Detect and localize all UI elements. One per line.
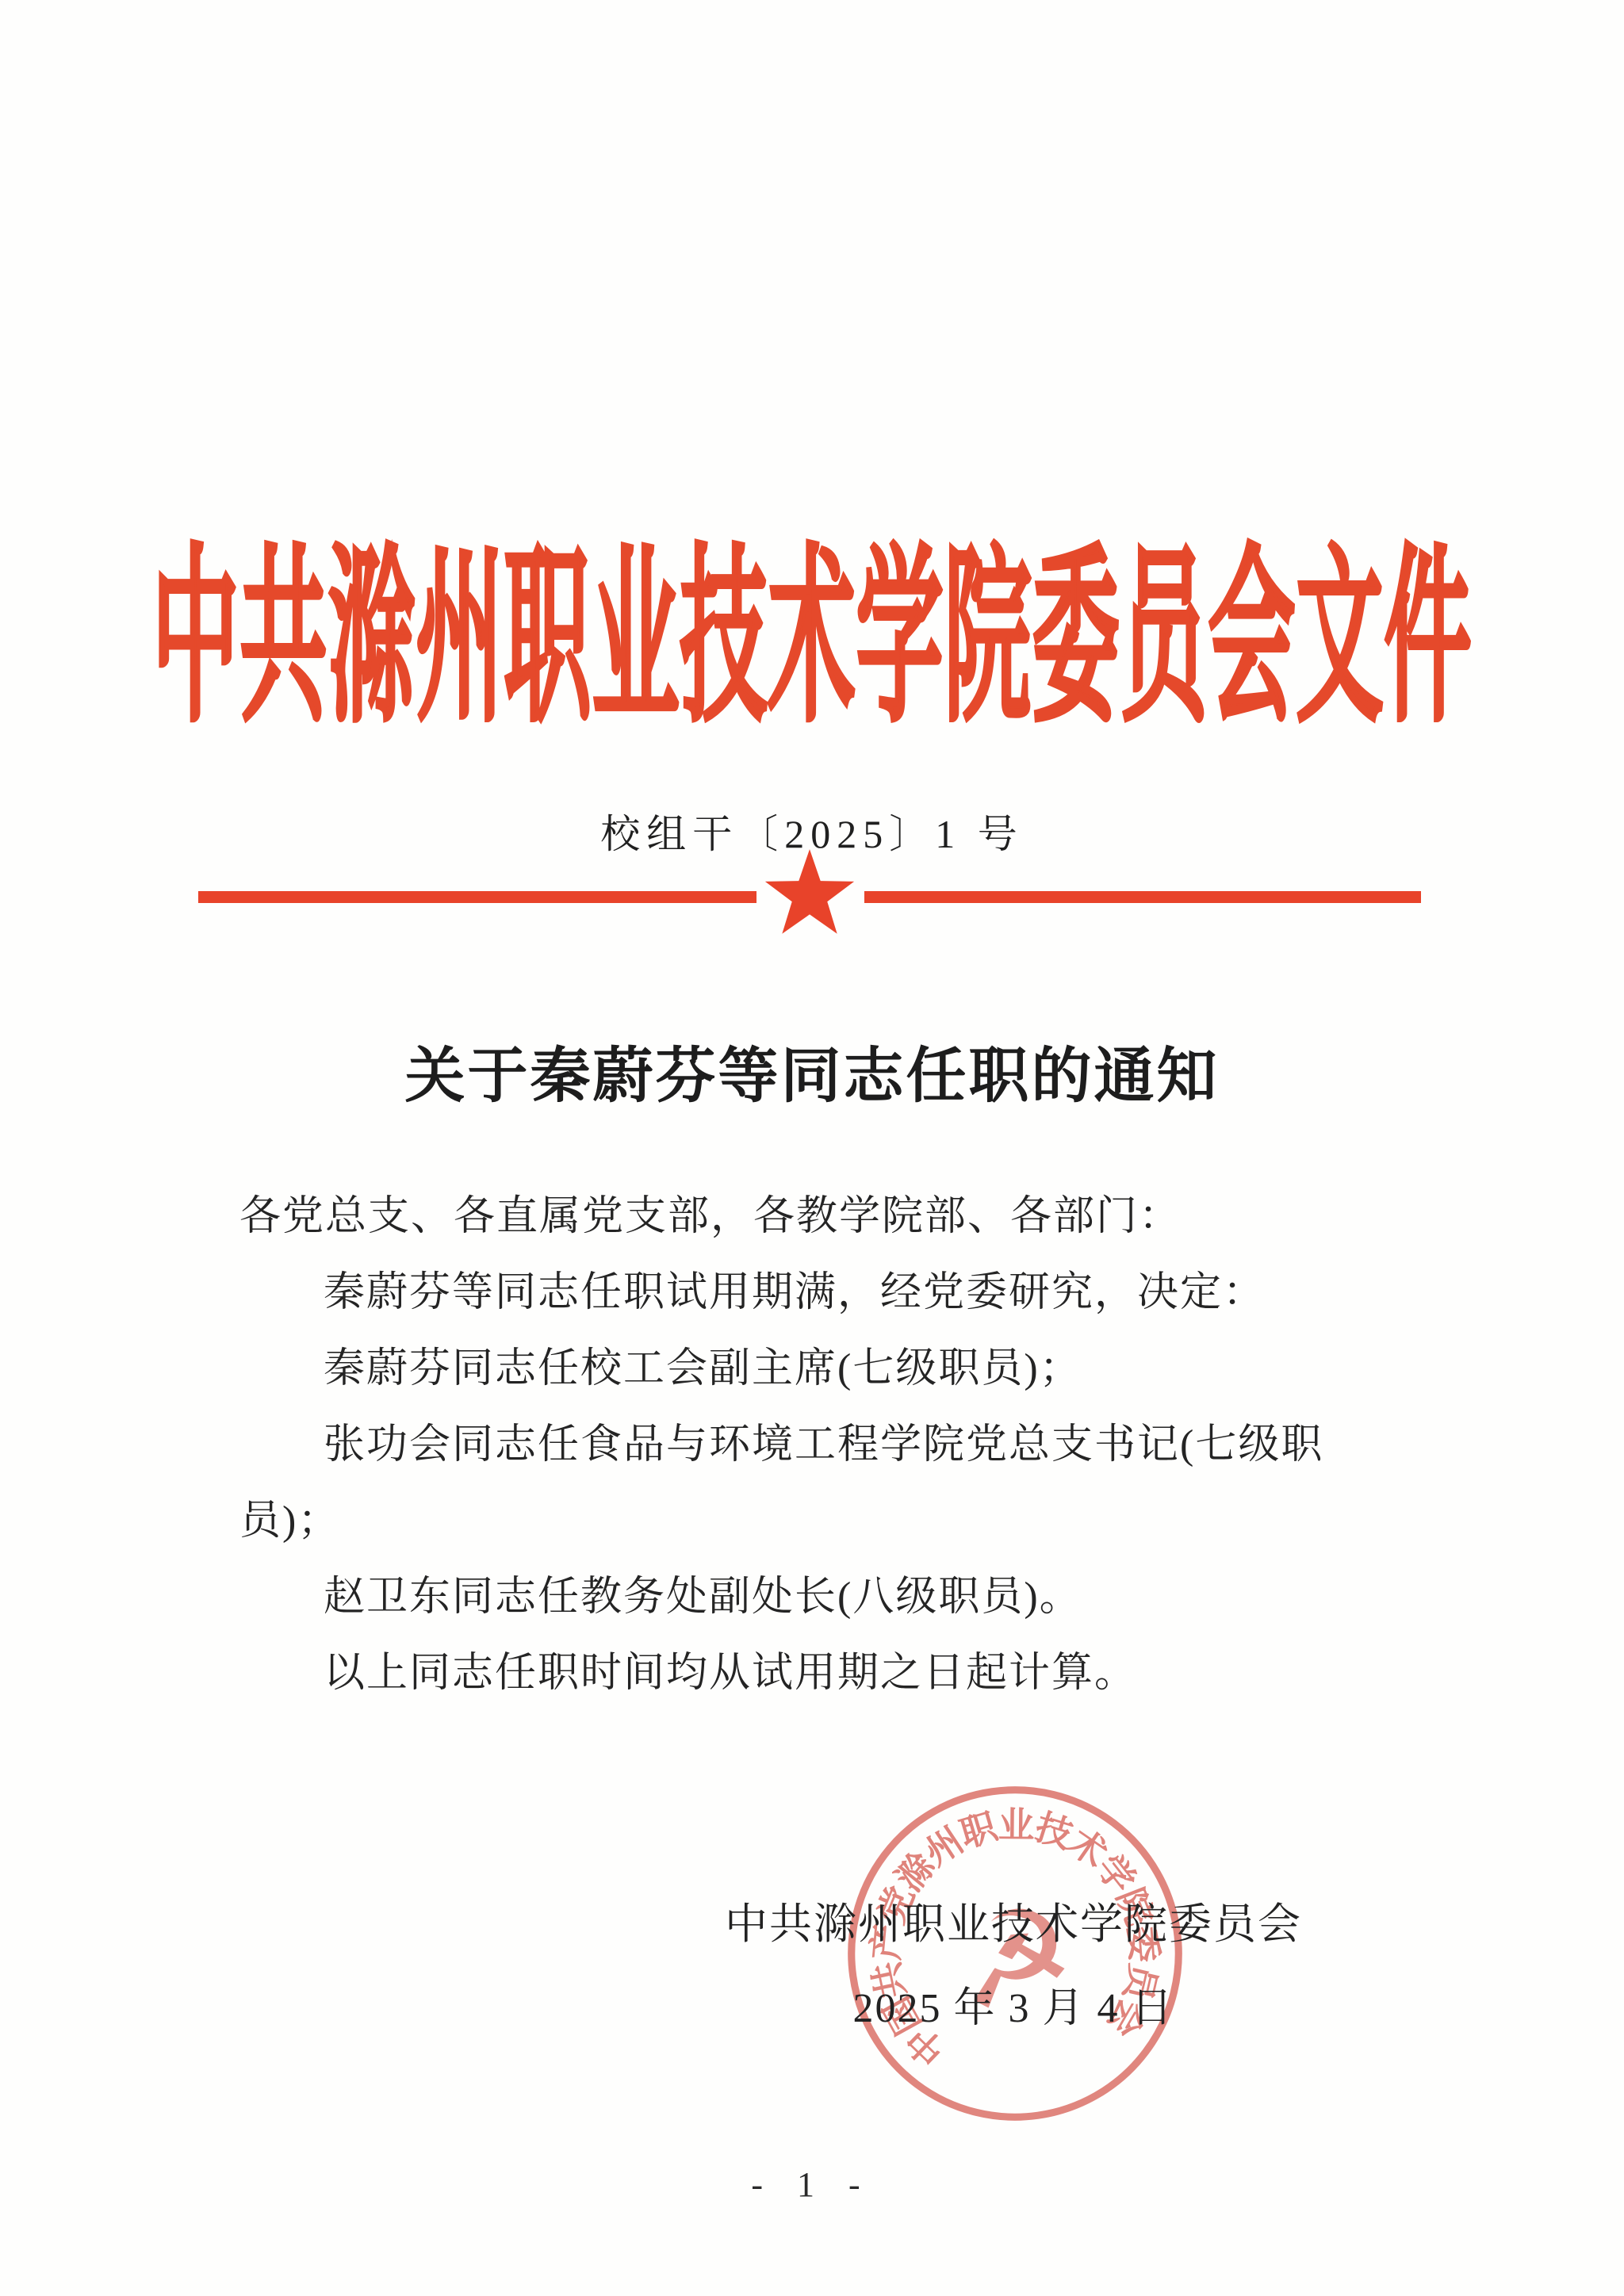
star-shape <box>765 849 854 934</box>
body-line: 秦蔚芬同志任校工会副主席(七级职员)； <box>239 1331 1397 1407</box>
red-divider-right <box>864 891 1421 903</box>
notice-title: 关于秦蔚芬等同志任职的通知 <box>0 1027 1624 1114</box>
notice-body: 各党总支、各直属党支部，各教学院部、各部门： 秦蔚芬等同志任职试用期满，经党委研… <box>239 1179 1397 1712</box>
red-letterhead-title: 中共滁州职业技术学院委员会文件 <box>0 485 1624 758</box>
red-divider-left <box>198 891 756 903</box>
body-line: 张功会同志任食品与环境工程学院党总支书记(七级职 <box>239 1407 1397 1483</box>
body-line: 各党总支、各直属党支部，各教学院部、各部门： <box>239 1179 1397 1255</box>
page-number: - 1 - <box>0 2164 1624 2205</box>
stamp-char: 业 <box>998 1804 1034 1845</box>
issuer-signature: 中共滁州职业技术学院委员会 <box>720 1890 1307 1951</box>
issue-date: 2025 年 3 月 4 日 <box>720 1974 1307 2034</box>
body-line: 以上同志任职时间均从试用期之日起计算。 <box>239 1636 1397 1712</box>
body-line: 员)； <box>239 1483 1397 1559</box>
document-page: 中共滁州职业技术学院委员会文件 校组干〔2025〕1 号 关于秦蔚芬等同志任职的… <box>0 0 1624 2296</box>
official-seal-stamp: 中国共产党滁州职业技术学院委员会 ☭ <box>787 1726 1243 2181</box>
body-line: 赵卫东同志任教务处副处长(八级职员)。 <box>239 1559 1397 1636</box>
red-star-icon <box>761 847 858 940</box>
body-line: 秦蔚芬等同志任职试用期满，经党委研究，决定： <box>239 1255 1397 1331</box>
